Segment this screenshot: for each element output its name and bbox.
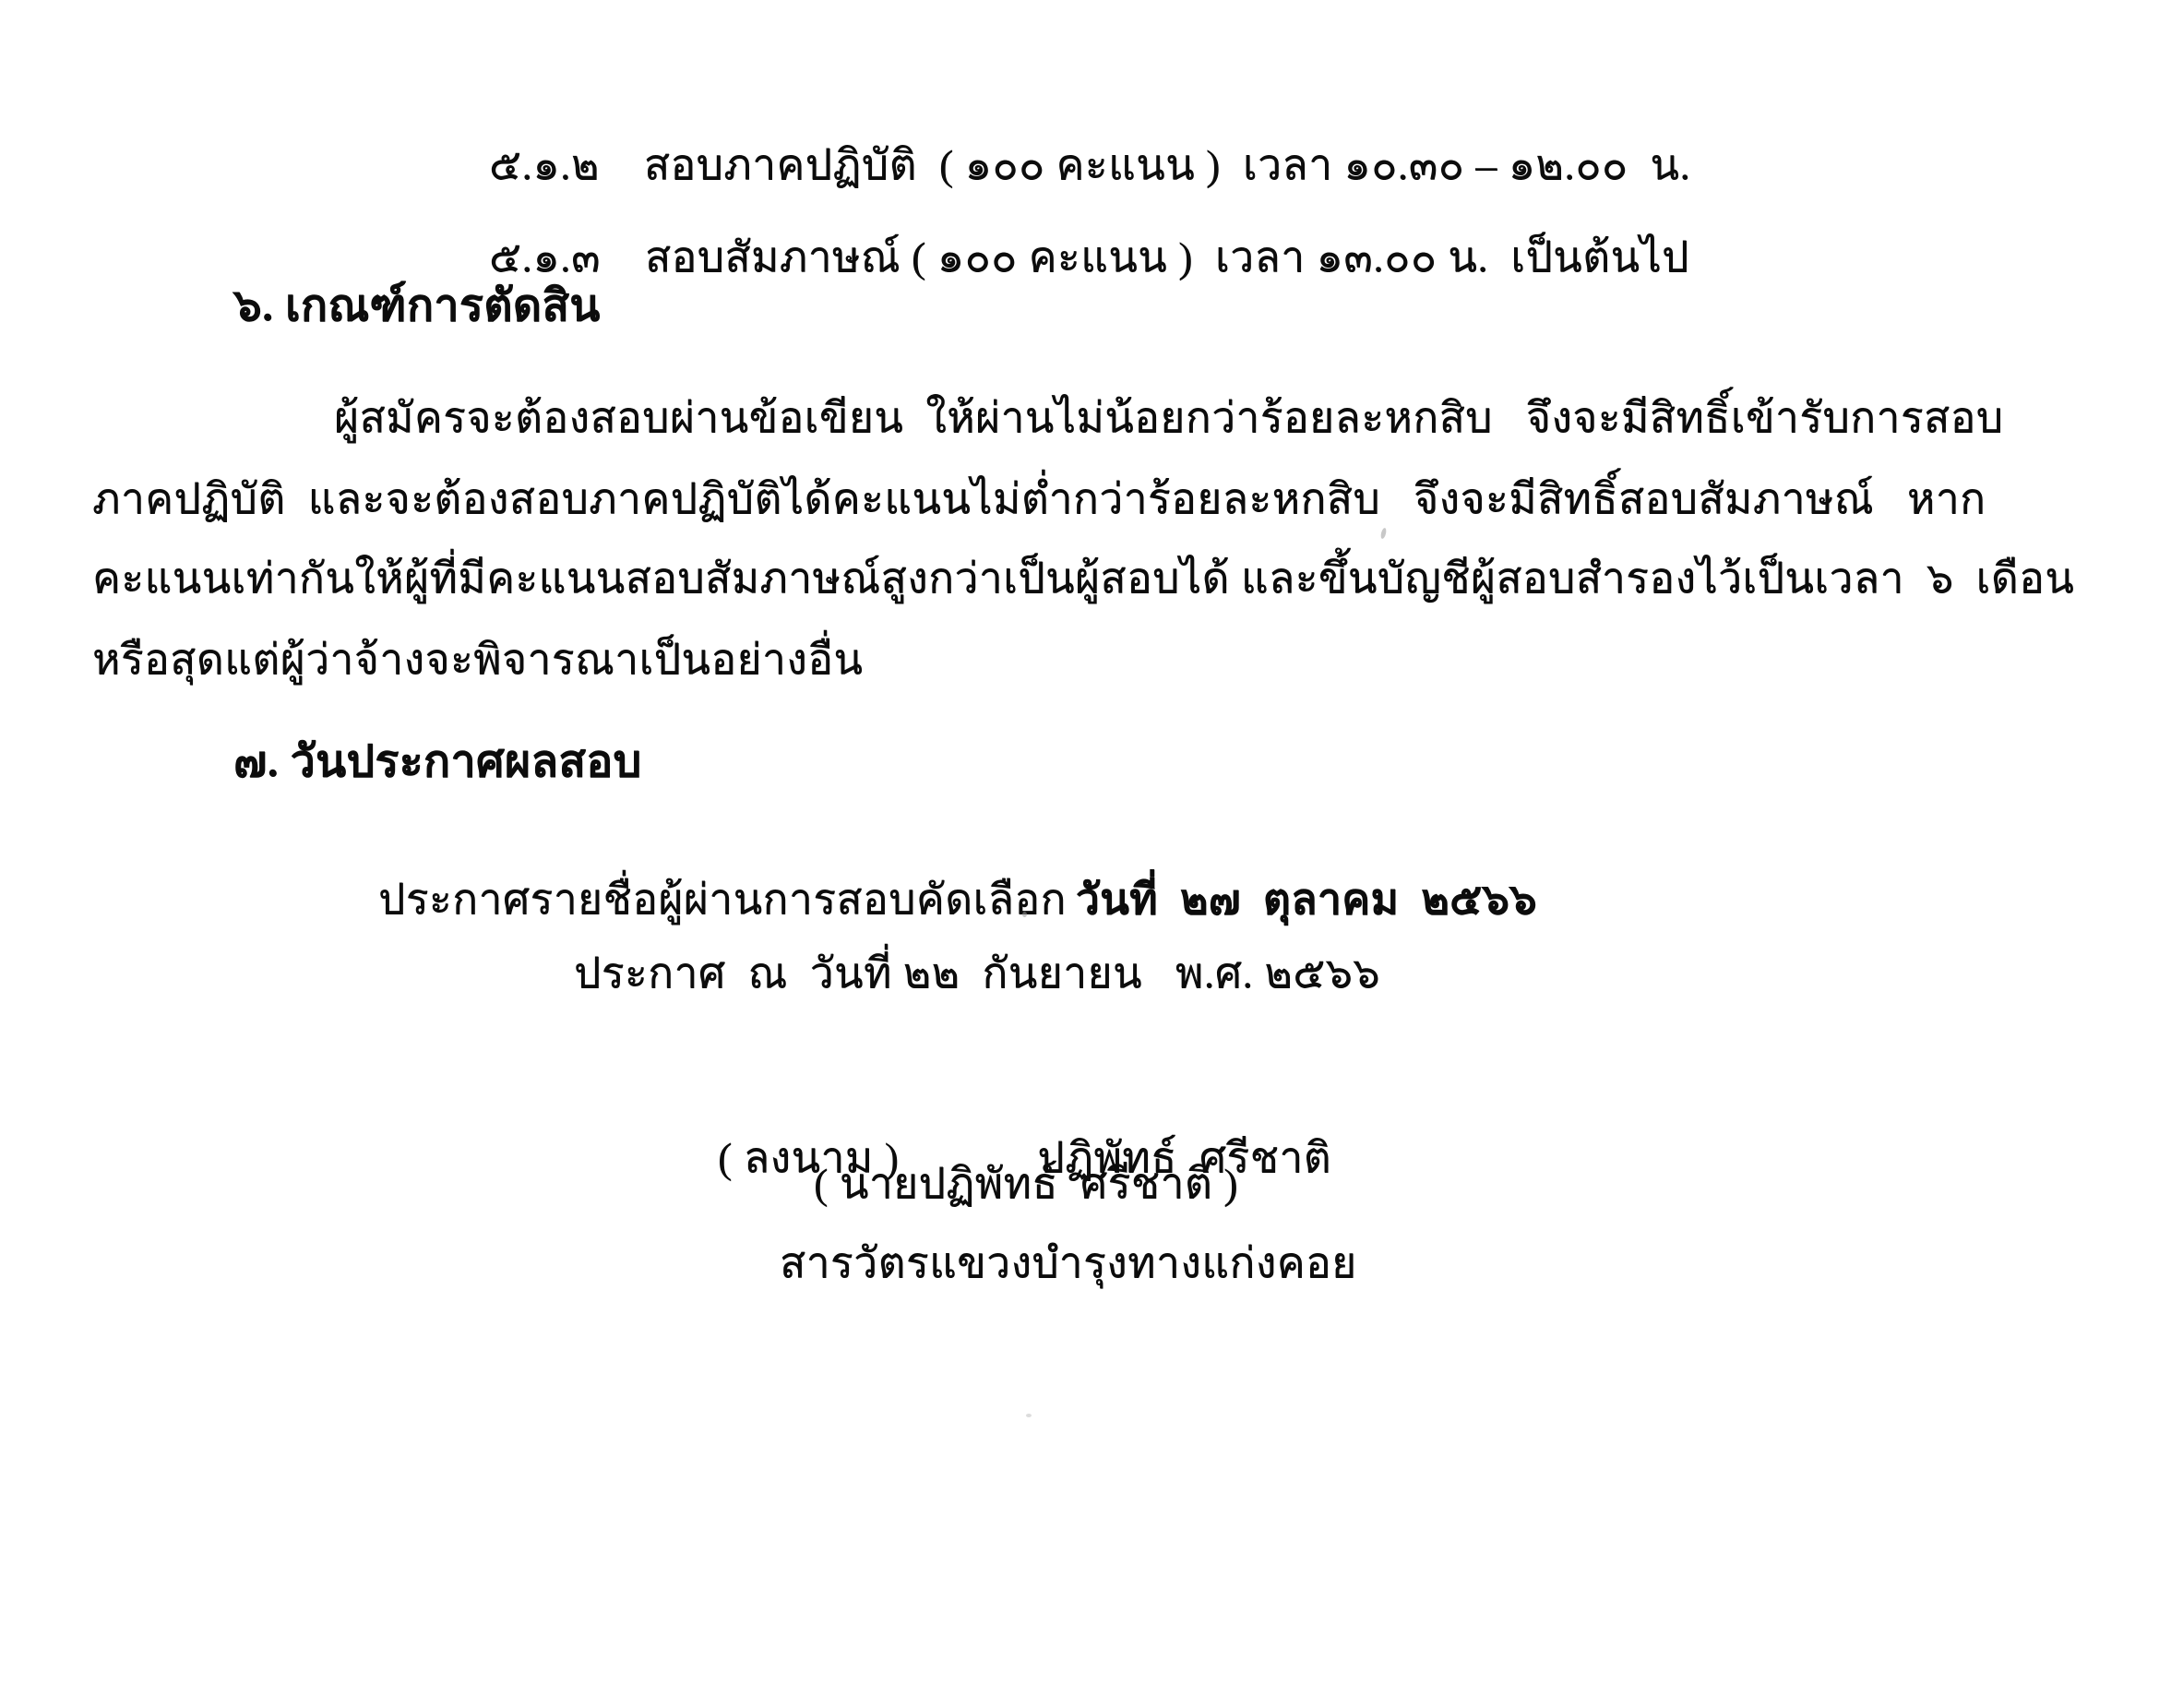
schedule-item-5-1-3: ๕.๑.๓สอบสัมภาษณ์ ( ๑๐๐ คะแนน ) เวลา ๑๓.๐… [445, 177, 1689, 337]
schedule-item-number: ๕.๑.๓ [489, 231, 601, 284]
section-6-paragraph-line: หรือสุดแต่ผู้ว่าจ้างจะพิจารณาเป็นอย่างอื… [92, 633, 863, 687]
signer-full-name-line: ( นายปฏิพัทธ์ ศรีชาติ ) [814, 1157, 1238, 1211]
scan-artifact [1022, 912, 1027, 917]
result-announcement-date: วันที่ ๒๗ ตุลาคม ๒๕๖๖ [1076, 876, 1537, 923]
section-7-heading: ๗. วันประกาศผลสอบ [233, 735, 642, 790]
section-6-paragraph-line: คะแนนเท่ากันให้ผู้ที่มีคะแนนสอบสัมภาษณ์ส… [92, 552, 2074, 605]
signer-position-line: สารวัตรแขวงบำรุงทางแก่งคอย [780, 1236, 1357, 1290]
scan-artifact [1380, 528, 1388, 540]
scanned-document-page: ๕.๑.๒สอบภาคปฏิบัติ ( ๑๐๐ คะแนน ) เวลา ๑๐… [0, 0, 2183, 1708]
section-6-paragraph-line: ผู้สมัครจะต้องสอบผ่านข้อเขียน ให้ผ่านไม่… [334, 391, 2003, 445]
scan-artifact [1026, 1414, 1032, 1417]
section-6-paragraph-line: ภาคปฏิบัติ และจะต้องสอบภาคปฏิบัติได้คะแน… [92, 472, 1986, 526]
section-6-heading: ๖. เกณฑ์การตัดสิน [233, 279, 601, 334]
schedule-item-text: สอบสัมภาษณ์ ( ๑๐๐ คะแนน ) เวลา ๑๓.๐๐ น. … [645, 233, 1689, 281]
result-announcement-prefix: ประกาศรายชื่อผู้ผ่านการสอบคัดเลือก [378, 876, 1067, 923]
issued-date-line: ประกาศ ณ วันที่ ๒๒ กันยายน พ.ศ. ๒๕๖๖ [574, 947, 1380, 1000]
